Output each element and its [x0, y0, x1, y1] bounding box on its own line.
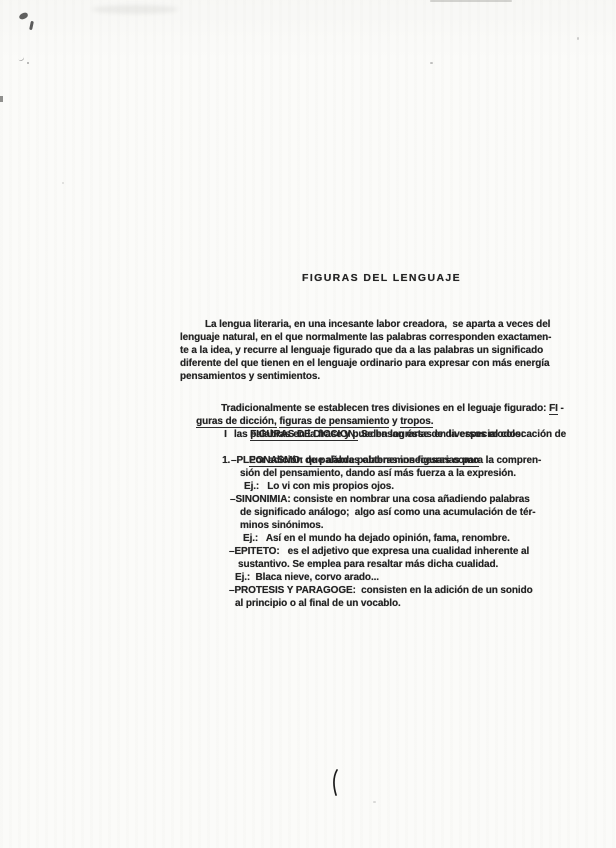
scan-speck [62, 182, 64, 184]
figure-pleonasmo-line: sión del pensamiento, dando así más fuer… [180, 467, 604, 480]
figure-epiteto-line: sustantivo. Se emplea para resaltar más … [180, 558, 604, 571]
scan-artifact [27, 62, 29, 64]
scan-artifact [17, 54, 25, 62]
divisions-line: Tradicionalmente se establecen tres divi… [180, 389, 604, 402]
divisions-line: guras de dicción, figuras de pensamiento… [180, 402, 604, 415]
section-heading-line: las palabras en la frase y pueden lograr… [180, 428, 604, 441]
scan-speck [373, 801, 376, 803]
example-line: Ej.: Así en el mundo ha dejado opinión, … [180, 532, 604, 545]
scan-smudge [92, 5, 178, 14]
intro-line: te a la idea, y recurre al lenguaje figu… [180, 344, 604, 357]
scan-artifact [0, 96, 3, 102]
item-line: 1.Por adición de palabras obtenemos figu… [180, 441, 604, 454]
scan-speck [577, 37, 579, 40]
section-heading-line: IFIGURAS DE DICCION: Se basan éstas en l… [180, 415, 604, 428]
scan-edge-line [430, 0, 512, 2]
scanned-document-page: FIGURAS DEL LENGUAJE La lengua literaria… [0, 0, 616, 848]
ink-smudge-top-left [18, 12, 28, 20]
figure-protesis-line: al principio o al final de un vocablo. [180, 597, 604, 610]
example-line: Ej.: Lo vi con mis propios ojos. [180, 480, 604, 493]
figure-protesis-line: –PROTESIS Y PARAGOGE: consisten en la ad… [180, 584, 604, 597]
pen-stroke-bottom [330, 769, 342, 799]
figure-epiteto-line: –EPITETO: es el adjetivo que expresa una… [180, 545, 604, 558]
intro-line: lenguaje natural, en el que normalmente … [180, 331, 604, 344]
page-title: FIGURAS DEL LENGUAJE [180, 272, 604, 285]
document-text-block: FIGURAS DEL LENGUAJE La lengua literaria… [180, 272, 604, 610]
scan-speck [430, 62, 433, 64]
figure-sinonimia-line: de significado análogo; algo así como un… [180, 506, 604, 519]
example-line: Ej.: Blaca nieve, corvo arado... [180, 571, 604, 584]
intro-line: pensamientos y sentimientos. [180, 370, 604, 383]
figure-pleonasmo-line: –PLEONASMO: que añade palabras innecesar… [180, 454, 604, 467]
figure-sinonimia-line: minos sinónimos. [180, 519, 604, 532]
intro-line: diferente del que tienen en el lenguaje … [180, 357, 604, 370]
intro-line: La lengua literaria, en una incesante la… [180, 318, 604, 331]
ink-tick-top-left [29, 21, 34, 30]
figure-sinonimia-line: –SINONIMIA: consiste en nombrar una cosa… [180, 493, 604, 506]
